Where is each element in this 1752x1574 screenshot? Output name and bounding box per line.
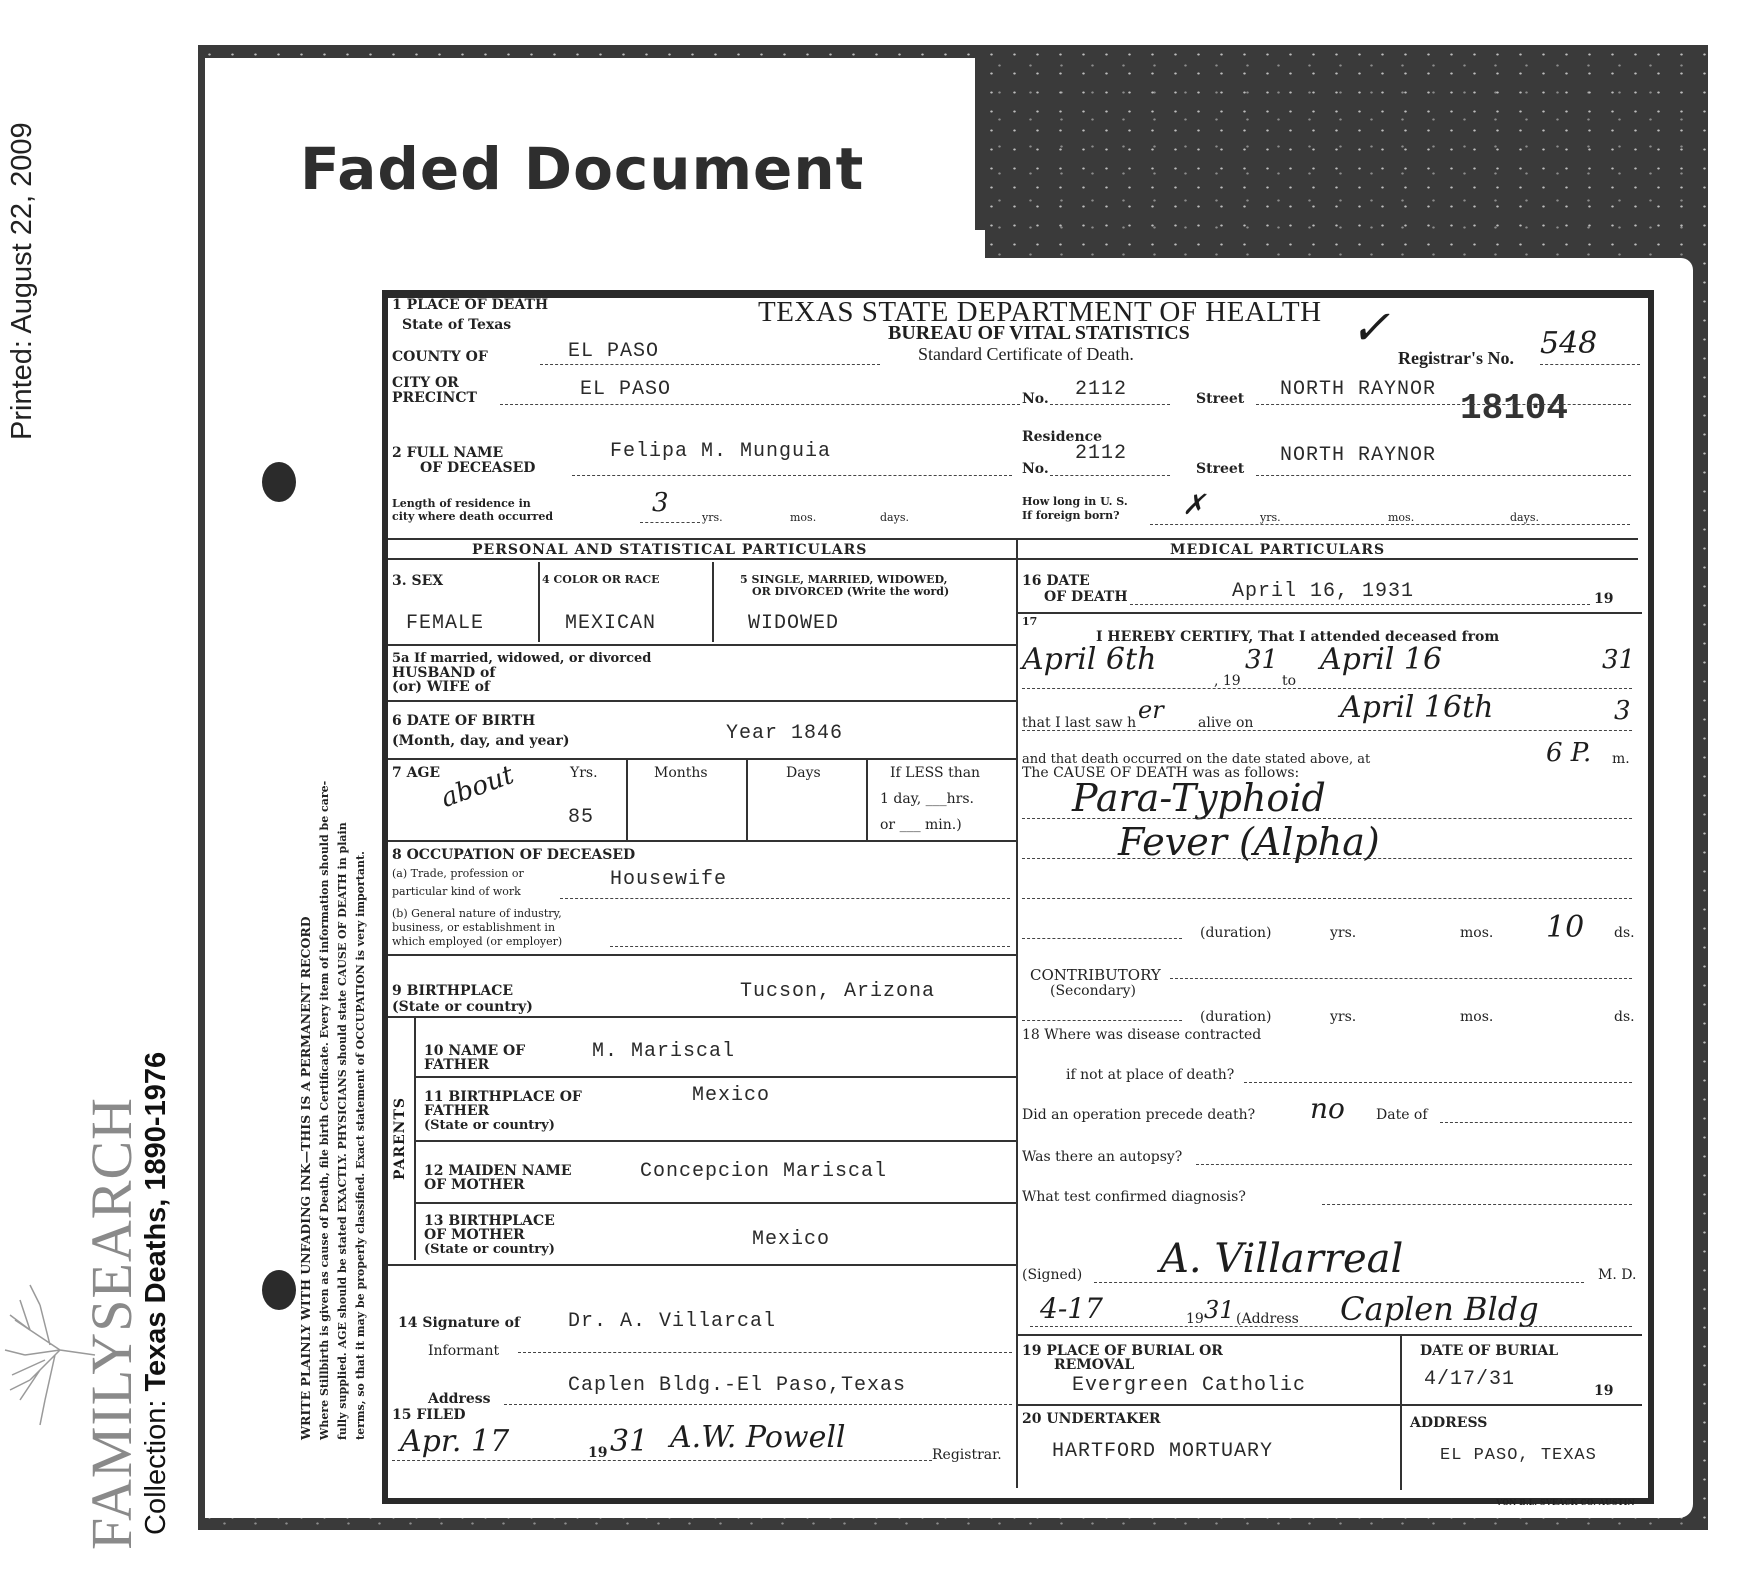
last-saw-date-value: April 16th (1340, 690, 1494, 725)
side-instruction-2: Where Stillbirth is given as cause of De… (318, 781, 331, 1440)
filed-year-value: 31 (610, 1424, 648, 1459)
informant-label: 14 Signature of (398, 1316, 520, 1331)
faded-document-title: Faded Document (300, 135, 864, 203)
attended-to-value: April 16 (1320, 642, 1442, 677)
side-instruction-1: WRITE PLAINLY WITH UNFADING INK—THIS IS … (298, 916, 313, 1440)
dob-label: 6 DATE OF BIRTH (392, 714, 535, 729)
place-of-death-label: 1 PLACE OF DEATH (392, 298, 548, 313)
deceased-name-value: Felipa M. Munguia (610, 440, 831, 463)
filed-label: 15 FILED (392, 1408, 466, 1423)
street-value: NORTH RAYNOR (1280, 378, 1436, 401)
burial-date-label: DATE OF BURIAL (1420, 1344, 1558, 1359)
registrar-signature: A.W. Powell (670, 1420, 846, 1455)
undertaker-label: 20 UNDERTAKER (1022, 1412, 1161, 1427)
autopsy-label: Was there an autopsy? (1022, 1150, 1182, 1165)
physician-address-value: Caplen Bldg (1340, 1290, 1539, 1328)
burial-place-value: Evergreen Catholic (1072, 1374, 1306, 1397)
city-label: CITY OR (392, 376, 459, 391)
operation-label: Did an operation precede death? (1022, 1108, 1255, 1123)
street-no-value: 2112 (1075, 378, 1127, 401)
registrar-no-value: 548 (1540, 326, 1597, 361)
undertaker-value: HARTFORD MORTUARY (1052, 1440, 1273, 1463)
age-years-value: 85 (568, 806, 594, 829)
race-value: MEXICAN (565, 612, 656, 635)
medical-section-title: MEDICAL PARTICULARS (1170, 542, 1385, 558)
attended-from-value: April 6th (1022, 642, 1156, 677)
county-label: COUNTY OF (392, 350, 488, 365)
signed-date-value: 4-17 (1040, 1292, 1103, 1325)
dob-value: Year 1846 (726, 722, 843, 745)
birthplace-label: 9 BIRTHPLACE (392, 984, 513, 999)
side-instruction-4: terms, so that it may be properly classi… (354, 851, 367, 1440)
occupation-label: 8 OCCUPATION OF DECEASED (392, 848, 635, 863)
file-number-stamp: 18104 (1460, 388, 1568, 429)
spouse-label: 5a If married, widowed, or divorced (392, 653, 651, 665)
punch-hole-icon (262, 462, 296, 502)
father-birthplace-value: Mexico (692, 1084, 770, 1107)
printed-date: Printed: August 22, 2009 (6, 122, 39, 440)
full-name-label: 2 FULL NAME (392, 446, 503, 461)
burial-date-value: 4/17/31 (1424, 1368, 1515, 1391)
parents-section-label: PARENTS (392, 1097, 408, 1180)
sex-label: 3. SEX (392, 574, 443, 589)
cause-of-death-line1: Para-Typhoid (1072, 776, 1326, 820)
printer-imprint: VON B.L. SVEACK CO. AUSTIN (1496, 1496, 1635, 1508)
disease-contracted-label: 18 Where was disease contracted (1022, 1028, 1261, 1043)
foreign-born-mark: ✗ (1182, 488, 1205, 521)
contributory-label: CONTRIBUTORY (1030, 968, 1161, 983)
punch-hole-icon (262, 1270, 296, 1310)
duration-days-value: 10 (1546, 910, 1584, 945)
bureau-title: BUREAU OF VITAL STATISTICS (888, 322, 1190, 345)
state-label: State of Texas (402, 318, 511, 333)
residence-years-value: 3 (652, 488, 669, 518)
date-of-death-value: April 16, 1931 (1232, 580, 1414, 603)
filed-date-value: Apr. 17 (400, 1424, 509, 1459)
collection-label: Collection: Texas Deaths, 1890-1976 (140, 1052, 173, 1535)
birthplace-value: Tucson, Arizona (740, 980, 935, 1003)
father-name-value: M. Mariscal (592, 1040, 735, 1063)
residence-street-value: NORTH RAYNOR (1280, 444, 1436, 467)
time-of-death-value: 6 P. (1546, 738, 1591, 768)
age-label: 7 AGE (392, 766, 440, 781)
occupation-value: Housewife (610, 868, 727, 891)
undertaker-address-label: ADDRESS (1410, 1416, 1487, 1431)
race-label: 4 COLOR OR RACE (542, 574, 659, 586)
city-value: EL PASO (580, 378, 671, 401)
signed-label: (Signed) (1022, 1268, 1082, 1283)
side-instruction-3: fully supplied. AGE should be stated EXA… (336, 822, 349, 1440)
familysearch-logo: FAMILYSEARCH (78, 1097, 145, 1550)
personal-section-title: PERSONAL AND STATISTICAL PARTICULARS (472, 542, 867, 558)
mother-birthplace-value: Mexico (752, 1228, 830, 1251)
date-of-death-label: 16 DATE (1022, 574, 1090, 589)
county-value: EL PASO (568, 340, 659, 363)
residence-no-value: 2112 (1075, 442, 1127, 465)
diagnosis-test-label: What test confirmed diagnosis? (1022, 1190, 1246, 1205)
form-title: Standard Certificate of Death. (918, 344, 1134, 365)
informant-value: Dr. A. Villarcal (568, 1310, 776, 1333)
informant-address-value: Caplen Bldg.-El Paso,Texas (568, 1374, 906, 1397)
registrar-no-label: Registrar's No. (1398, 348, 1514, 369)
operation-value: no (1310, 1092, 1345, 1125)
sex-value: FEMALE (406, 612, 484, 635)
checkmark-icon: ✓ (1350, 300, 1390, 356)
undertaker-address-value: EL PASO, TEXAS (1440, 1446, 1597, 1465)
physician-signature: A. Villarreal (1160, 1236, 1403, 1282)
mother-name-value: Concepcion Mariscal (640, 1160, 887, 1183)
marital-value: WIDOWED (748, 612, 839, 635)
